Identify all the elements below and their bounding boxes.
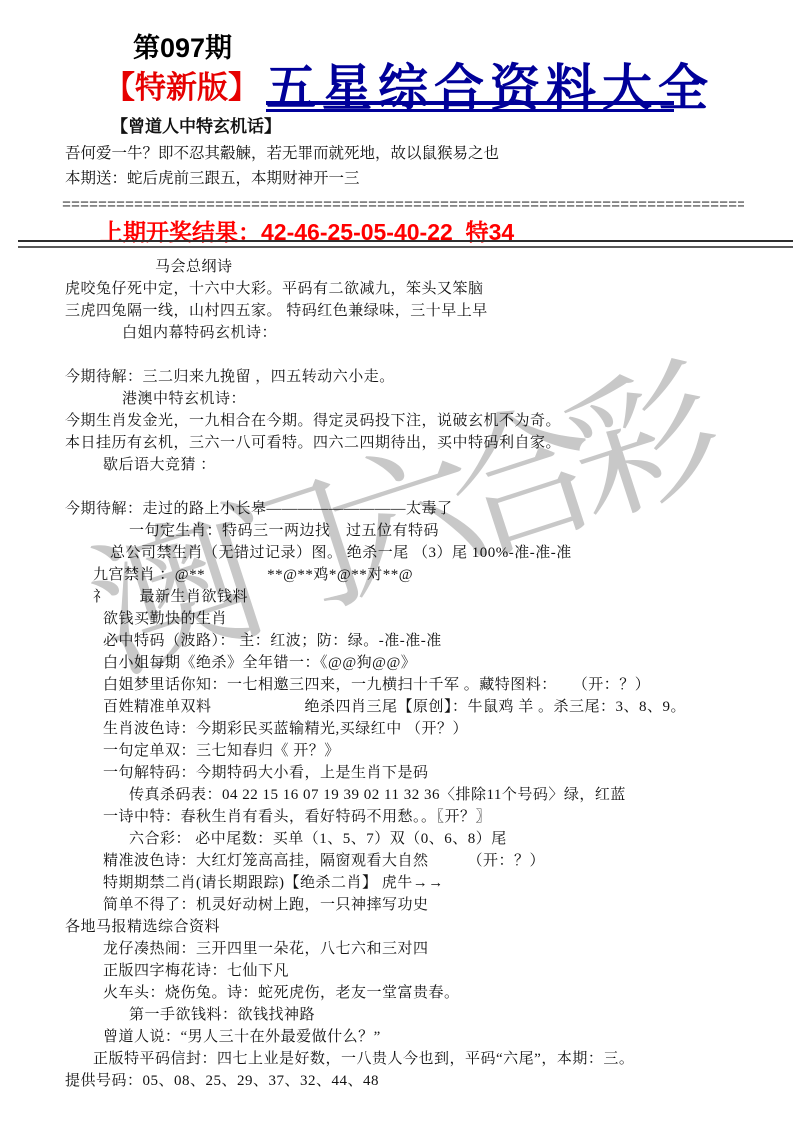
- text-line: 欲钱买勤快的生肖: [65, 608, 773, 630]
- text-line: 白姐梦里话你知：一七相邀三四来，一九横扫十千军 。藏特图料： （开：？）: [65, 674, 773, 696]
- text-line: 正版四字梅花诗：七仙下凡: [65, 960, 773, 982]
- lottery-info-sheet: 澳门六合彩 第097期 【特新版】 五星综合资料大全 【曾道人中特玄机话】 吾何…: [0, 0, 793, 1122]
- text-line: 必中特码（波路）： 主：红波；防：绿。-准-准-准: [65, 630, 773, 652]
- intro-block: 吾何爱一牛？即不忍其觳觫，若无罪而就死地，故以鼠猴易之也 本期送：蛇后虎前三跟五…: [65, 141, 753, 191]
- text-line: 百姓精准单双料 绝杀四肖三尾【原创】：牛鼠鸡 羊 。杀三尾：3、8、9。: [65, 696, 773, 718]
- blank-line: [65, 476, 773, 498]
- text-line: 曾道人说：“男人三十在外最爱做什么？”: [65, 1026, 773, 1048]
- text-line: 第一手欲钱料：欲钱找神路: [65, 1004, 773, 1026]
- equals-separator: ========================================…: [62, 198, 744, 214]
- text-line: 一句定单双：三七知春归《 开？》: [65, 740, 773, 762]
- title-underline: [266, 101, 674, 112]
- text-line: 本日挂历有玄机，三六一八可看特。四六二四期待出，买中特码利自家。: [65, 432, 773, 454]
- text-line: 简单不得了：机灵好动树上跑，一只神摔写功史: [65, 894, 773, 916]
- text-line: 白姐内幕特码玄机诗：: [65, 322, 773, 344]
- result-divider: [18, 240, 793, 248]
- text-line: 三虎四兔隔一线，山村四五家。 特码红色兼绿味，三十早上早: [65, 300, 773, 322]
- intro-line: 吾何爱一牛？即不忍其觳觫，若无罪而就死地，故以鼠猴易之也: [65, 141, 753, 166]
- text-line: 一句定生肖：特码三一两边找 过五位有特码: [65, 520, 773, 542]
- text-line: 歇后语大竞猜 ：: [65, 454, 773, 476]
- text-line: 正版特平码信封：四七上业是好数，一八贵人今也到，平码“六尾”，本期：三。: [65, 1048, 773, 1070]
- text-line: 虎咬兔仔死中定，十六中大彩。平码有二欲减九，笨头又笨脑: [65, 278, 773, 300]
- text-line: 港澳中特玄机诗：: [65, 388, 773, 410]
- body-text: 马会总纲诗 虎咬兔仔死中定，十六中大彩。平码有二欲减九，笨头又笨脑 三虎四兔隔一…: [65, 256, 773, 1092]
- text-line: 六合彩： 必中尾数：买单（1、5、7）双（0、6、8）尾: [65, 828, 773, 850]
- intro-line: 本期送：蛇后虎前三跟五，本期财神开一三: [65, 166, 753, 191]
- edition-label: 【特新版】: [104, 62, 259, 107]
- text-line: 一句解特码：今期特码大小看，上是生肖下是码: [65, 762, 773, 784]
- blank-line: [65, 344, 773, 366]
- text-line: 生肖波色诗：今期彩民买蓝输精光,买绿红中 （开？）: [65, 718, 773, 740]
- section-subtitle: 【曾道人中特玄机话】: [111, 112, 281, 137]
- text-line: 今期待解：三二归来九挽留 ，四五转动六小走。: [65, 366, 773, 388]
- text-line: 各地马报精选综合资料: [65, 916, 773, 938]
- text-line: 传真杀码表：04 22 15 16 07 19 39 02 11 32 36〈排…: [65, 784, 773, 806]
- text-line: 总公司禁生肖（无错过记录）图。 绝杀一尾 （3）尾 100%-准-准-准: [65, 542, 773, 564]
- text-line: 特期期禁二肖(请长期跟踪)【绝杀二肖】 虎牛→→: [65, 872, 773, 894]
- text-line: 马会总纲诗: [65, 256, 773, 278]
- text-line: 今期待解：走过的路上小长皋—————————太毒了: [65, 498, 773, 520]
- text-line: 九宫禁肖 ：@** **@**鸡*@**对**@: [65, 564, 773, 586]
- text-line: 精准波色诗：大红灯笼高高挂，隔窗观看大自然 （开：？）: [65, 850, 773, 872]
- text-line: 礻 最新生肖欲钱料: [65, 586, 773, 608]
- text-line: 白小姐每期《绝杀》全年错一：《@@狗@@》: [65, 652, 773, 674]
- text-line: 今期生肖发金光，一九相合在今期。得定灵码投下注，说破玄机不为奇。: [65, 410, 773, 432]
- text-line: 龙仔凑热闹：三开四里一朵花，八七六和三对四: [65, 938, 773, 960]
- text-line: 一诗中特：春秋生肖有看头，看好特码不用愁。。〖开？〗: [65, 806, 773, 828]
- text-line: 提供号码：05、08、25、29、37、32、44、48: [65, 1070, 773, 1092]
- text-line: 火车头：烧伤兔。诗：蛇死虎伤，老友一堂富贵春。: [65, 982, 773, 1004]
- issue-number: 第097期: [133, 26, 232, 65]
